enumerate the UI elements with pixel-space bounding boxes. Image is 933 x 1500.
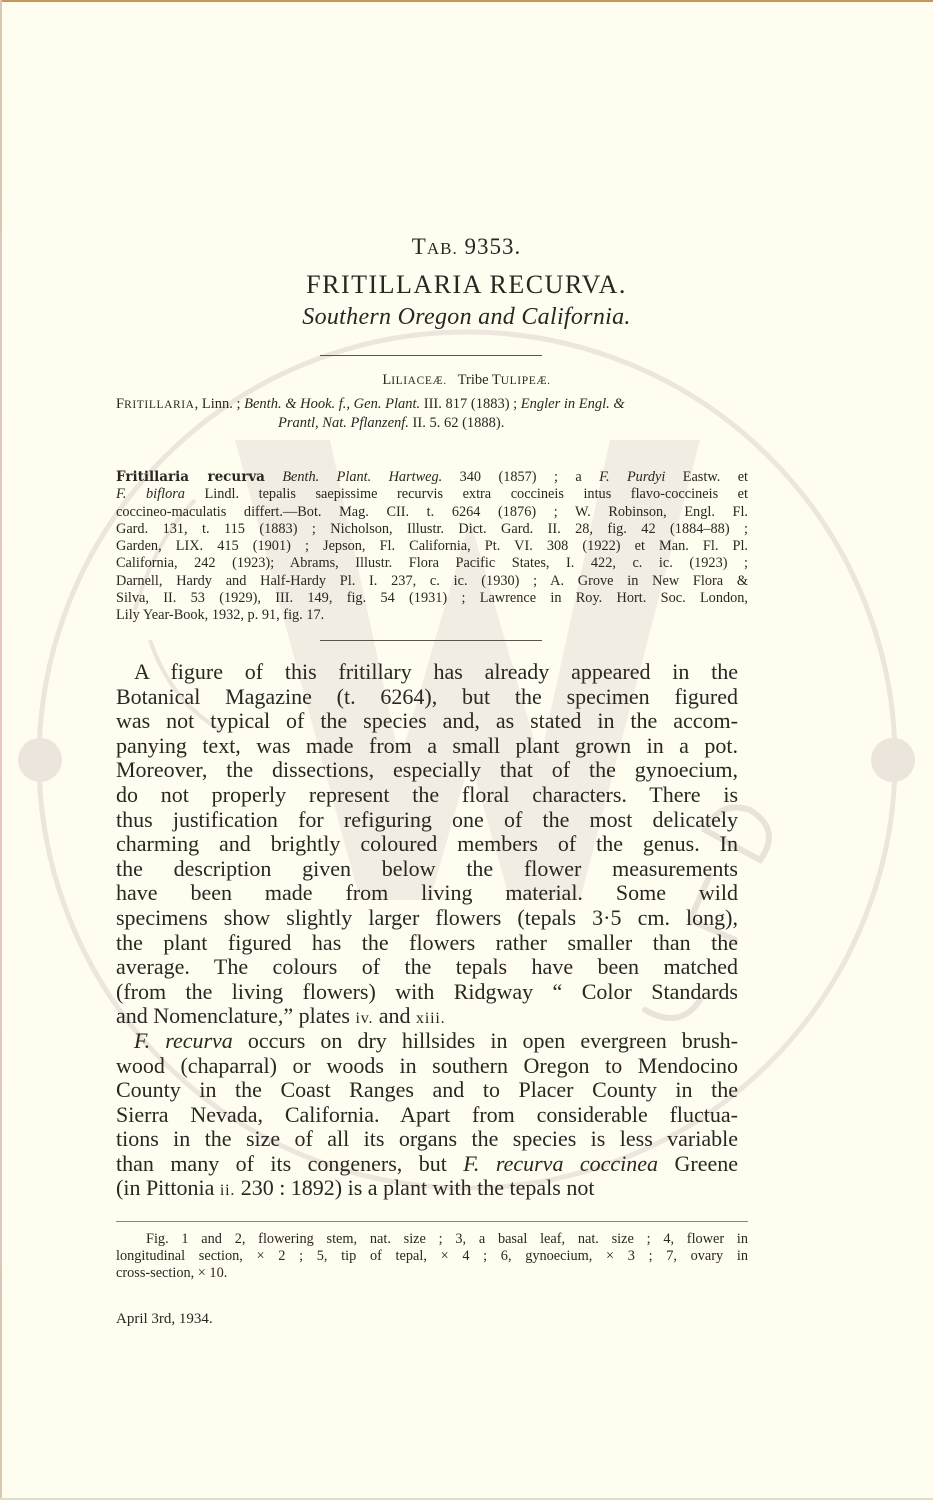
text-line: longitudinal section, × 2 ; 5, tip of te… [116, 1248, 748, 1265]
genus-ref2-title: Prantl, Nat. Pflanzenf. [278, 415, 409, 431]
text-line: (in Pittonia ii. 230 : 1892) is a plant … [116, 1176, 738, 1201]
genus-ref1-title: Benth. & Hook. f., Gen. Plant. [244, 396, 420, 412]
footnote-divider [116, 1221, 748, 1222]
document-page: TAB. 9353. FRITILLARIA RECURVA. Southern… [0, 0, 933, 1500]
text-run: ii. [220, 1182, 235, 1199]
text-run: wood (chaparral) or woods in southern Or… [116, 1053, 738, 1078]
tribe-cap: T [492, 372, 501, 388]
text-run: 230 : 1892) is a plant with the tepals n… [235, 1175, 594, 1200]
text-run: (in Pittonia [116, 1175, 220, 1200]
text-run: occurs on dry hillsides in open evergree… [233, 1028, 738, 1053]
figure-caption-footnote: Fig. 1 and 2, flowering stem, nat. size … [116, 1231, 748, 1282]
text-run: specimens show slightly larger flowers (… [116, 905, 738, 930]
text-line: Fritillaria recurva Benth. Plant. Hartwe… [116, 469, 748, 486]
text-line: Silva, II. 53 (1929), III. 149, fig. 54 … [116, 590, 748, 607]
text-line: coccineo-maculatis differt.—Bot. Mag. CI… [116, 504, 748, 521]
text-line: F. recurva occurs on dry hillsides in op… [116, 1029, 738, 1054]
text-line: cross-section, × 10. [116, 1265, 748, 1282]
text-run: California, 242 (1923); Abrams, Illustr.… [116, 555, 748, 571]
species-title: FRITILLARIA RECURVA. [0, 270, 933, 300]
text-line: tions in the size of all its organs the … [116, 1127, 738, 1152]
text-line: wood (chaparral) or woods in southern Or… [116, 1054, 738, 1079]
text-line: was not typical of the species and, as s… [116, 709, 738, 734]
italic-text: F. recurva coccinea [463, 1151, 658, 1176]
text-line: have been made from living material. Som… [116, 881, 738, 906]
text-run: average. The colours of the tepals have … [116, 954, 738, 979]
genus-authority: , Linn. ; [195, 396, 241, 412]
text-line: the description given below the flower m… [116, 857, 738, 882]
tribe-label: Tribe [458, 372, 489, 388]
text-run: Moreover, the dissections, especially th… [116, 757, 738, 782]
text-line: than many of its congeners, but F. recur… [116, 1152, 738, 1177]
text-run: do not properly represent the floral cha… [116, 782, 738, 807]
text-run: A figure of this fritillary has already … [134, 659, 738, 684]
text-line: Garden, LIX. 415 (1901) ; Jepson, Fl. Ca… [116, 538, 748, 555]
locality: Southern Oregon and California. [0, 304, 933, 331]
text-line: charming and brightly coloured members o… [116, 832, 738, 857]
text-run: charming and brightly coloured members o… [116, 831, 738, 856]
family-cap: L [382, 372, 391, 388]
text-run: Greene [658, 1151, 738, 1176]
text-run: xiii. [416, 1010, 445, 1027]
text-line: Gard. 131, t. 115 (1883) ; Nicholson, Il… [116, 521, 748, 538]
text-run: Silva, II. 53 (1929), III. 149, fig. 54 … [116, 590, 748, 606]
tribe-rest: ULIPEÆ. [501, 375, 551, 387]
plate-number-value: 9353. [464, 234, 521, 259]
genus-cap: F [116, 396, 124, 412]
text-run: Garden, LIX. 415 (1901) ; Jepson, Fl. Ca… [116, 538, 748, 554]
text-line: panying text, was made from a small plan… [116, 734, 738, 759]
synonymy-block: Fritillaria recurva Benth. Plant. Hartwe… [116, 469, 748, 625]
text-run: have been made from living material. Som… [116, 880, 738, 905]
text-line: County in the Coast Ranges and to Placer… [116, 1078, 738, 1103]
text-run: Gard. 131, t. 115 (1883) ; Nicholson, Il… [116, 521, 748, 537]
bold-species-name: Fritillaria recurva [116, 469, 265, 485]
text-run: than many of its congeners, but [116, 1151, 463, 1176]
publication-date: April 3rd, 1934. [116, 1311, 213, 1328]
description-body: A figure of this fritillary has already … [116, 660, 738, 1201]
text-line: California, 242 (1923); Abrams, Illustr.… [116, 555, 748, 572]
text-run: Darnell, Hardy and Half-Hardy Pl. I. 237… [116, 573, 748, 589]
plate-number: TAB. 9353. [0, 234, 933, 260]
text-line: average. The colours of the tepals have … [116, 955, 738, 980]
text-run: Lily Year-Book, 1932, p. 91, fig. 17. [116, 607, 324, 623]
text-run: County in the Coast Ranges and to Placer… [116, 1077, 738, 1102]
family-rest: ILIACEÆ. [391, 375, 447, 387]
text-run: panying text, was made from a small plan… [116, 733, 738, 758]
italic-text: Benth. Plant. Hartweg. [282, 469, 442, 485]
text-run: the description given below the flower m… [116, 856, 738, 881]
text-line: F. biflora Lindl. tepalis saepissime rec… [116, 486, 748, 503]
italic-text: F. Purdyi [599, 469, 665, 485]
text-run: and Nomenclature,” plates [116, 1003, 355, 1028]
plate-prefix-cap: T [412, 234, 427, 259]
text-line: Darnell, Hardy and Half-Hardy Pl. I. 237… [116, 573, 748, 590]
text-line: do not properly represent the floral cha… [116, 783, 738, 808]
text-run: Eastw. et [665, 469, 748, 485]
title-divider [320, 355, 542, 356]
text-line: (from the living flowers) with Ridgway “… [116, 980, 738, 1005]
text-line: specimens show slightly larger flowers (… [116, 906, 738, 931]
genus-citation: FRITILLARIA, Linn. ; Benth. & Hook. f., … [116, 396, 756, 432]
family-tribe-line: LILIACEÆ. Tribe TULIPEÆ. [0, 372, 933, 389]
text-run [265, 469, 282, 485]
genus-ref1-volume: III. 817 (1883) ; [424, 396, 517, 412]
text-line: the plant figured has the flowers rather… [116, 931, 738, 956]
text-run: 340 (1857) ; a [442, 469, 599, 485]
italic-text: F. recurva [134, 1028, 233, 1053]
text-line: A figure of this fritillary has already … [116, 660, 738, 685]
text-run: tions in the size of all its organs the … [116, 1126, 738, 1151]
synonymy-divider [320, 640, 542, 641]
italic-text: F. biflora [116, 486, 185, 502]
text-run: (from the living flowers) with Ridgway “… [116, 979, 738, 1004]
text-run: Sierra Nevada, California. Apart from co… [116, 1102, 738, 1127]
genus-line-1: FRITILLARIA, Linn. ; Benth. & Hook. f., … [116, 396, 756, 415]
text-line: Sierra Nevada, California. Apart from co… [116, 1103, 738, 1128]
genus-ref2-author: Engler in Engl. & [521, 396, 625, 412]
text-line: Lily Year-Book, 1932, p. 91, fig. 17. [116, 607, 748, 624]
text-run: was not typical of the species and, as s… [116, 708, 738, 733]
text-run: iv. [355, 1010, 373, 1027]
text-line: Botanical Magazine (t. 6264), but the sp… [116, 685, 738, 710]
text-run: the plant figured has the flowers rather… [116, 930, 738, 955]
text-line: and Nomenclature,” plates iv. and xiii. [116, 1004, 738, 1029]
genus-ref2-volume: II. 5. 62 (1888). [413, 415, 505, 431]
genus-rest: RITILLARIA [124, 399, 195, 411]
text-run: coccineo-maculatis differt.—Bot. Mag. CI… [116, 504, 748, 520]
text-line: thus justification for refiguring one of… [116, 808, 738, 833]
genus-line-2: Prantl, Nat. Pflanzenf. II. 5. 62 (1888)… [116, 415, 756, 433]
plate-prefix-rest: AB. [427, 239, 458, 258]
text-run: Botanical Magazine (t. 6264), but the sp… [116, 684, 738, 709]
text-run: thus justification for refiguring one of… [116, 807, 738, 832]
text-run: and [373, 1003, 416, 1028]
text-line: Fig. 1 and 2, flowering stem, nat. size … [116, 1231, 748, 1248]
text-line: Moreover, the dissections, especially th… [116, 758, 738, 783]
text-run: Lindl. tepalis saepissime recurvis extra… [185, 486, 748, 502]
